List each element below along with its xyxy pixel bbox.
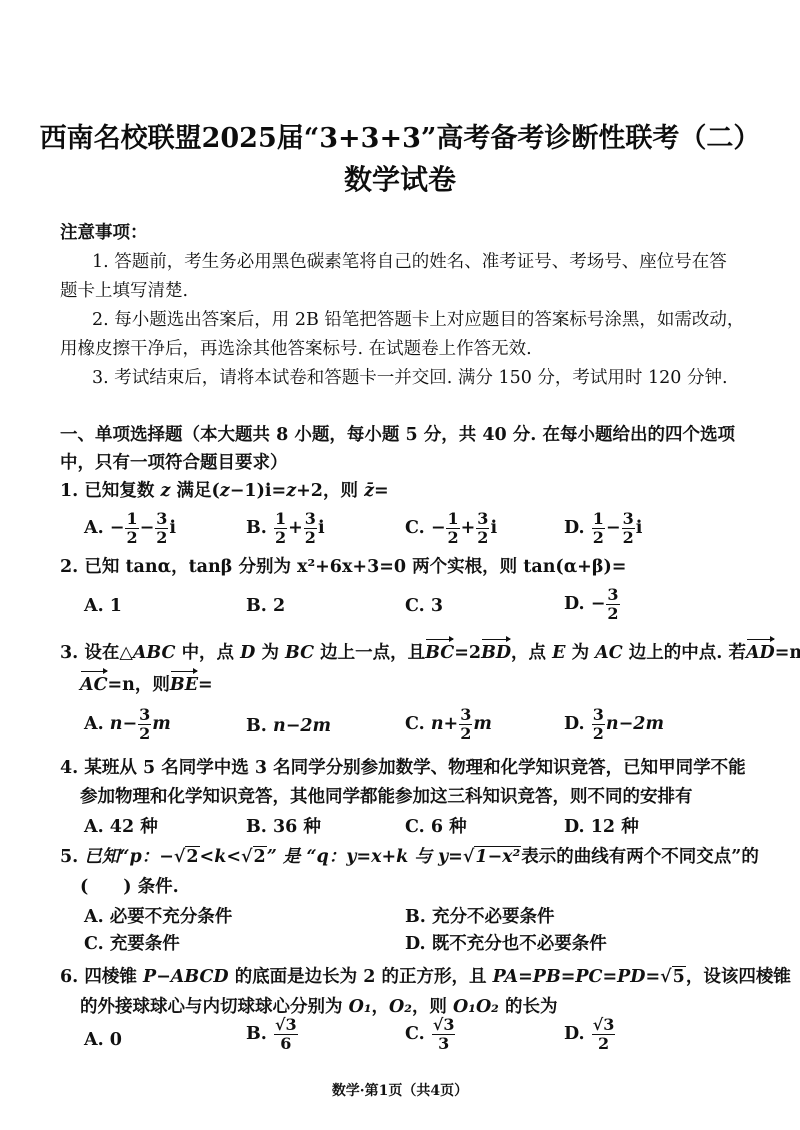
question-5-option-c: C. 充要条件 bbox=[84, 930, 180, 955]
question-4-option-a: A. 42 种 bbox=[84, 813, 158, 838]
notice-item-2-line1: 2. 每小题选出答案后，用 2B 铅笔把答题卡上对应题目的答案标号涂黑，如需改动… bbox=[92, 309, 744, 331]
question-2-option-d: D. −32 bbox=[564, 586, 621, 623]
question-1-option-b: B. 12+32i bbox=[246, 510, 325, 547]
notice-item-2-line2: 用橡皮擦干净后，再选涂其他答案标号. 在试题卷上作答无效. bbox=[60, 338, 532, 360]
question-6-option-c: C. √33 bbox=[405, 1016, 456, 1053]
question-4-stem-line2: 参加物理和化学知识竞答，其他同学都能参加这三科知识竞答，则不同的安排有 bbox=[80, 786, 693, 808]
question-6-option-a: A. 0 bbox=[84, 1030, 122, 1050]
question-6-stem-line1: 6. 四棱锥 P−ABCD 的底面是边长为 2 的正方形，且 PA=PB=PC=… bbox=[60, 966, 791, 988]
question-6-option-b: B. √36 bbox=[246, 1016, 299, 1053]
notice-heading: 注意事项： bbox=[60, 222, 148, 244]
question-1-option-d: D. 12−32i bbox=[564, 510, 642, 547]
question-6-option-d: D. √32 bbox=[564, 1016, 616, 1053]
question-3-option-d: D. 32n−2m bbox=[564, 706, 664, 743]
section-heading-line1: 一、单项选择题（本大题共 8 小题，每小题 5 分，共 40 分. 在每小题给出… bbox=[60, 424, 735, 446]
question-4-stem-line1: 4. 某班从 5 名同学中选 3 名同学分别参加数学、物理和化学知识竞答，已知甲… bbox=[60, 757, 746, 779]
question-3-stem-line2: AC=n，则BE= bbox=[80, 674, 213, 696]
question-2-stem: 2. 已知 tanα，tanβ 分别为 x²+6x+3=0 两个实根，则 tan… bbox=[60, 556, 626, 578]
notice-item-1-line1: 1. 答题前，考生务必用黑色碳素笔将自己的姓名、准考证号、考场号、座位号在答 bbox=[92, 251, 727, 273]
section-heading-line2: 中，只有一项符合题目要求） bbox=[60, 452, 288, 474]
question-6-stem-line2: 的外接球球心与内切球球心分别为 O₁，O₂，则 O₁O₂ 的长为 bbox=[80, 996, 557, 1018]
question-3-option-b: B. n−2m bbox=[246, 716, 331, 736]
question-5-option-a: A. 必要不充分条件 bbox=[84, 903, 232, 928]
question-5-stem-line1: 5. 已知“p：−√2<k<√2” 是 “q：y=x+k 与 y=√1−x²表示… bbox=[60, 846, 759, 868]
notice-item-3-line1: 3. 考试结束后，请将本试卷和答题卡一并交回. 满分 150 分，考试用时 12… bbox=[92, 367, 728, 389]
question-5-stem-line2: ( ) 条件. bbox=[80, 876, 179, 898]
page-footer: 数学·第1页（共4页） bbox=[0, 1080, 800, 1100]
question-3-option-a: A. n−32m bbox=[84, 706, 171, 743]
question-4-option-b: B. 36 种 bbox=[246, 813, 321, 838]
exam-subtitle: 数学试卷 bbox=[0, 158, 800, 198]
question-2-option-b: B. 2 bbox=[246, 596, 285, 616]
exam-page: 西南名校联盟2025届“3+3+3”高考备考诊断性联考（二） 数学试卷 注意事项… bbox=[0, 0, 800, 1130]
question-4-option-c: C. 6 种 bbox=[405, 813, 467, 838]
question-3-option-c: C. n+32m bbox=[405, 706, 492, 743]
question-1-option-a: A. −12−32i bbox=[84, 510, 176, 547]
question-5-option-b: B. 充分不必要条件 bbox=[405, 903, 554, 928]
question-4-option-d: D. 12 种 bbox=[564, 813, 639, 838]
question-5-option-d: D. 既不充分也不必要条件 bbox=[405, 930, 607, 955]
exam-title: 西南名校联盟2025届“3+3+3”高考备考诊断性联考（二） bbox=[0, 116, 800, 155]
question-2-option-c: C. 3 bbox=[405, 596, 443, 616]
question-1-stem: 1. 已知复数 z 满足(z−1)i=z+2，则 z̄= bbox=[60, 480, 389, 502]
question-1-option-c: C. −12+32i bbox=[405, 510, 497, 547]
question-3-stem-line1: 3. 设在△ABC 中，点 D 为 BC 边上一点，且BC=2BD，点 E 为 … bbox=[60, 642, 800, 664]
question-2-option-a: A. 1 bbox=[84, 596, 122, 616]
notice-item-1-line2: 题卡上填写清楚. bbox=[60, 280, 188, 302]
